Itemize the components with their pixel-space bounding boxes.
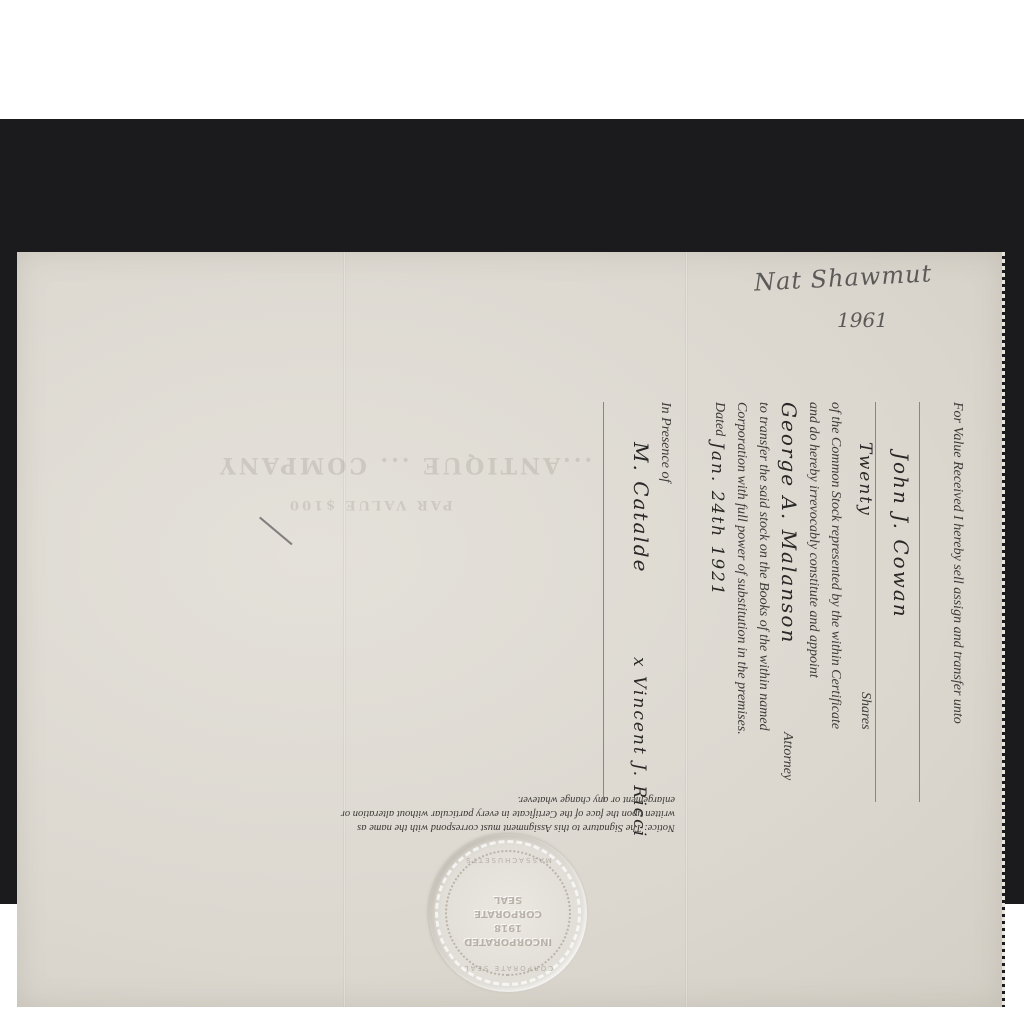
seal-bottom-text: MASSACHUSETTS xyxy=(429,856,587,864)
assignment-line-4: and do hereby irrevocably constitute and… xyxy=(805,402,821,678)
pencil-note-year: 1961 xyxy=(837,308,888,332)
pencil-note-bank: Nat Shawmut xyxy=(753,259,932,296)
witness-signature: M. Catalde xyxy=(629,442,653,573)
document-frame: ...ANTIQUE ... COMPANY PAR VALUE $100 Na… xyxy=(0,119,1024,904)
rule xyxy=(875,402,876,802)
presence-label: In Presence of xyxy=(657,402,673,482)
certificate-paper: ...ANTIQUE ... COMPANY PAR VALUE $100 Na… xyxy=(17,252,1003,1007)
pencil-mark xyxy=(259,517,292,545)
attorney-label: Attorney xyxy=(779,732,795,780)
assignee-name: John J. Cowan xyxy=(889,452,913,619)
assignment-line-3: of the Common Stock represented by the w… xyxy=(827,402,843,729)
share-count: Twenty xyxy=(855,442,875,517)
seal-outer-text: CORPORATE SEAL xyxy=(429,964,587,972)
assignment-line-6: to transfer the said stock on the Books … xyxy=(755,402,771,731)
assignment-line-7: Corporation with full power of substitut… xyxy=(733,402,749,735)
seal-center-text: INCORPORATED 1918 CORPORATE SEAL xyxy=(429,892,587,948)
faded-company-title: ...ANTIQUE ... COMPANY xyxy=(217,452,592,478)
rule xyxy=(919,402,920,802)
attorney-name: George A. Malanson xyxy=(777,402,801,644)
embossed-corporate-seal: CORPORATE SEAL INCORPORATED 1918 CORPORA… xyxy=(429,834,587,992)
seal-line: SEAL xyxy=(429,892,587,906)
seal-line: INCORPORATED xyxy=(429,934,587,948)
dated-label: Dated xyxy=(711,402,727,436)
rule xyxy=(603,402,604,802)
seal-line: CORPORATE xyxy=(429,906,587,920)
date-value: Jan. 24th 1921 xyxy=(707,442,727,597)
signature-notice: Notice: The Signature to this Assignment… xyxy=(335,792,675,834)
faded-par-value: PAR VALUE $100 xyxy=(287,497,453,512)
shares-label: Shares xyxy=(857,692,873,730)
assignment-line-1: For Value Received I hereby sell assign … xyxy=(949,402,965,724)
fold-line xyxy=(343,252,346,1007)
fold-line xyxy=(685,252,688,1007)
seal-line: 1918 xyxy=(429,920,587,934)
